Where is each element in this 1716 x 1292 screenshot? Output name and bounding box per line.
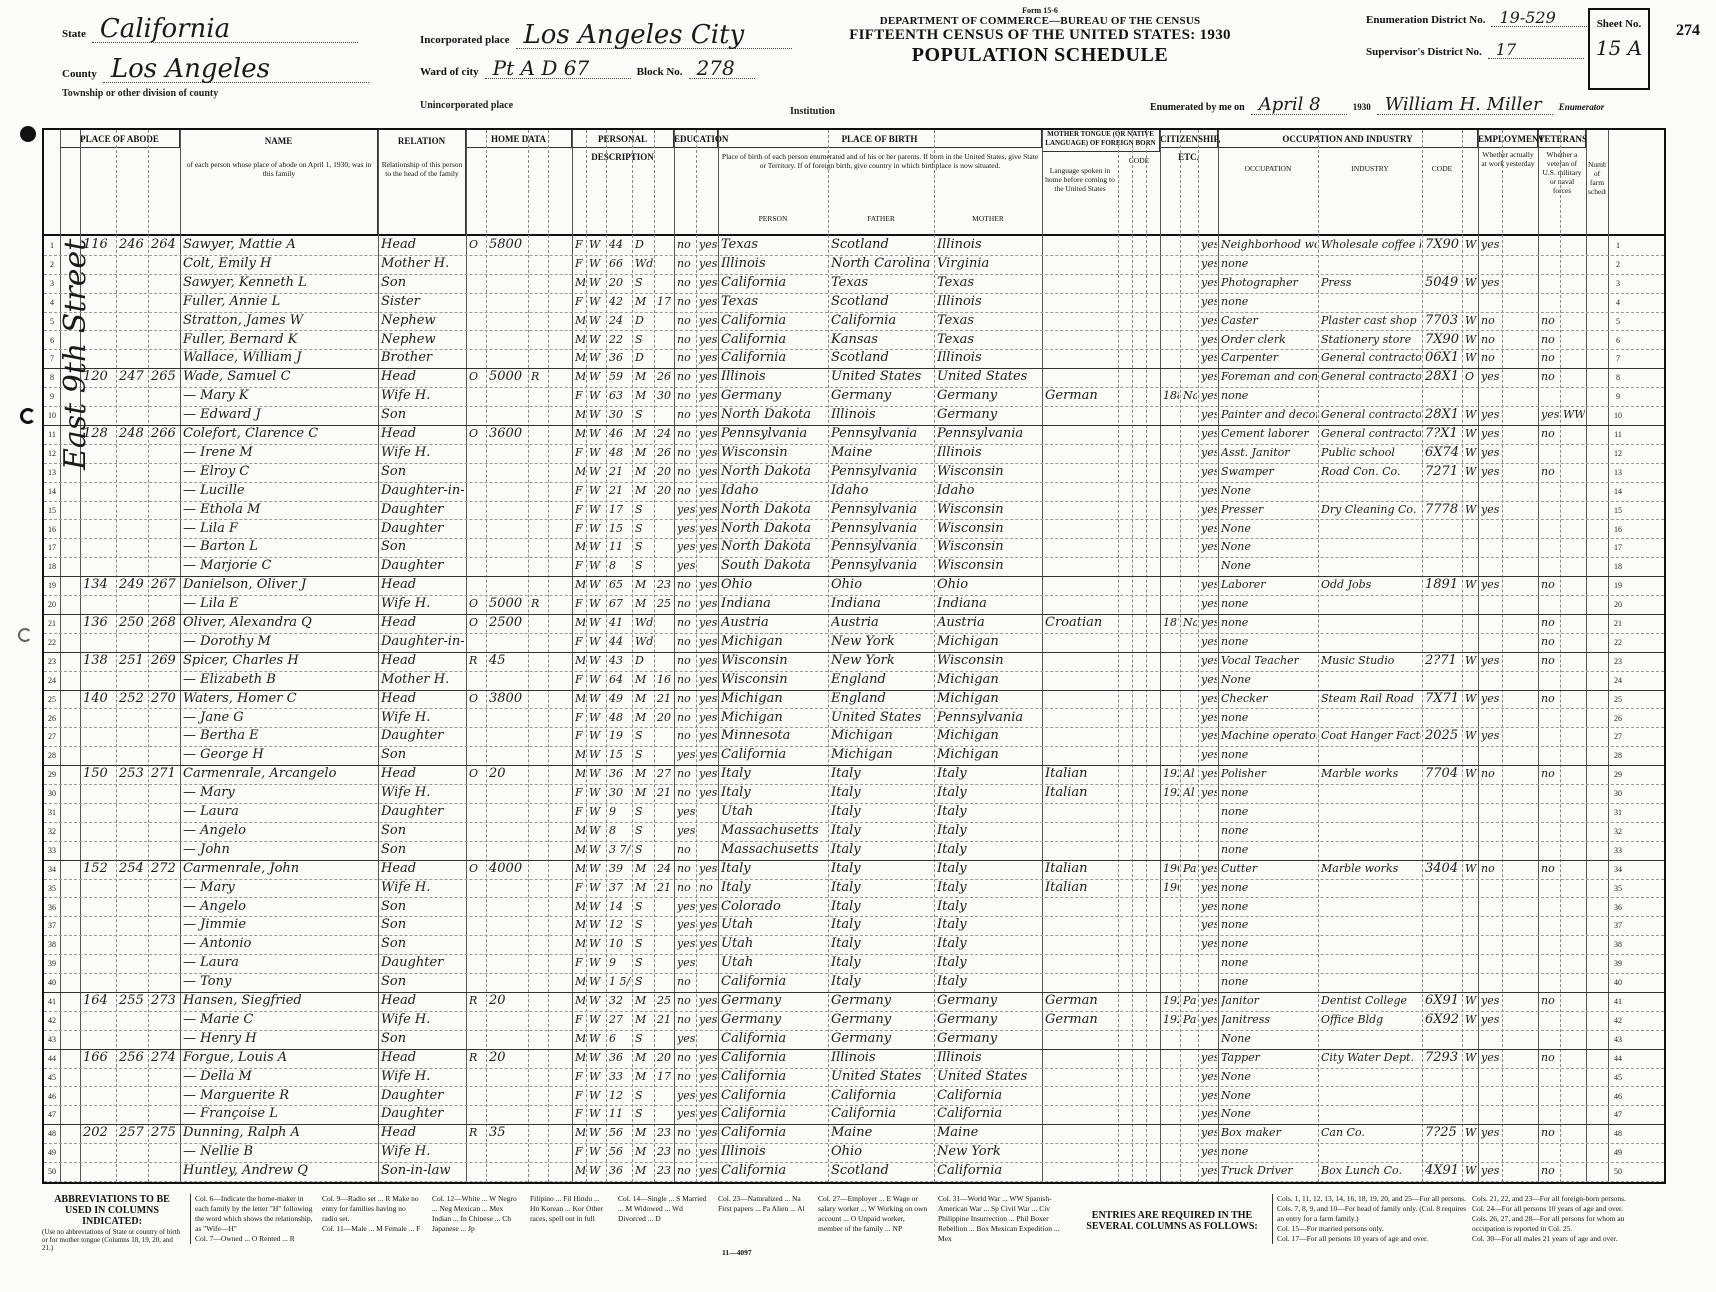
cell-relation: Son [381, 274, 465, 293]
cell-war [1563, 860, 1585, 879]
cell-school: no [677, 255, 695, 274]
table-row: 2727— Bertha EDaughterFW19SnoyesMinnesot… [44, 727, 1664, 747]
cell-father-birth: Italy [831, 954, 933, 973]
cell-family [151, 727, 179, 746]
cell-immig: 1923 [1163, 1011, 1179, 1030]
line-number: 24 [1608, 676, 1628, 685]
table-row: 33Sawyer, Kenneth LSonMW20SnoyesCaliforn… [44, 274, 1664, 294]
cell-first-marr [657, 822, 673, 841]
line-number: 23 [44, 657, 60, 666]
cell-nat [1183, 368, 1197, 387]
cell-vet [1541, 822, 1559, 841]
cell-relation: Head [381, 992, 465, 1011]
cell-name: Huntley, Andrew Q [183, 1162, 377, 1181]
cell-class: W [1465, 274, 1477, 293]
cell-marital: D [635, 652, 653, 671]
cell-first-marr: 30 [657, 387, 673, 406]
cell-first-marr: 26 [657, 368, 673, 387]
cell-occupation: none [1221, 841, 1317, 860]
cell-birth: Germany [721, 387, 827, 406]
cell-birth: South Dakota [721, 557, 827, 576]
cell-family [151, 1030, 179, 1049]
cell-father-birth: Italy [831, 935, 933, 954]
cell-english [1201, 822, 1217, 841]
line-number: 36 [44, 903, 60, 912]
cell-race: W [589, 803, 605, 822]
table-row: 4848202257275Dunning, Ralph AHeadR35MW56… [44, 1124, 1664, 1144]
cell-dwelling [119, 1105, 147, 1124]
line-number: 50 [44, 1167, 60, 1176]
cell-father-birth: Michigan [831, 746, 933, 765]
cell-relation: Son [381, 746, 465, 765]
cell-race: W [589, 406, 605, 425]
cell-class: W [1465, 236, 1477, 255]
cell-race: W [589, 784, 605, 803]
cell-class [1465, 916, 1477, 935]
cell-birth: Pennsylvania [721, 425, 827, 444]
cell-first-marr: 17 [657, 1068, 673, 1087]
cell-age: 36 [609, 765, 631, 784]
cell-mother-birth: New York [937, 1143, 1041, 1162]
cell-family: 272 [151, 860, 179, 879]
street-name-margin: East 9th Street [58, 239, 93, 470]
cell-value: 20 [489, 765, 527, 784]
cell-code: 5049 [1425, 274, 1461, 293]
cell-school: no [677, 652, 695, 671]
incorporated-place-label: Incorporated place [420, 34, 510, 46]
enumerator-name: William H. Miller [1377, 96, 1553, 115]
cell-occupation: none [1221, 746, 1317, 765]
cell-sex: F [575, 387, 585, 406]
cell-family: 275 [151, 1124, 179, 1143]
cell-value [489, 746, 527, 765]
cell-name: — Elizabeth B [183, 671, 377, 690]
cell-race: W [589, 822, 605, 841]
cell-immig [1163, 916, 1179, 935]
cell-owned [469, 1105, 485, 1124]
cell-birth: Ohio [721, 576, 827, 595]
cell-nat [1183, 520, 1197, 539]
cell-dwelling [119, 331, 147, 350]
cell-dwelling [119, 482, 147, 501]
cell-owned [469, 255, 485, 274]
cell-relation: Wife H. [381, 879, 465, 898]
cell-vet [1541, 1030, 1559, 1049]
cell-work [1481, 482, 1501, 501]
table-row: 4242— Marie CWife H.FW27M21noyesGermanyG… [44, 1011, 1664, 1031]
cell-relation: Daughter [381, 501, 465, 520]
cell-vet [1541, 538, 1559, 557]
cell-tongue: German [1045, 992, 1117, 1011]
cell-marital: S [635, 841, 653, 860]
cell-house [83, 1105, 115, 1124]
cell-radio: R [531, 595, 547, 614]
block-value: 278 [689, 58, 755, 79]
cell-sex: M [575, 1030, 585, 1049]
cell-marital: M [635, 387, 653, 406]
cell-nat [1183, 822, 1197, 841]
cell-occupation: none [1221, 916, 1317, 935]
cell-name: — Lucille [183, 482, 377, 501]
cell-school: no [677, 973, 695, 992]
cell-vet: no [1541, 312, 1559, 331]
cell-school: yes [677, 822, 695, 841]
cell-class [1465, 879, 1477, 898]
table-row: 2323138251269Spicer, Charles HHeadR45MW4… [44, 652, 1664, 672]
cell-sex: M [575, 822, 585, 841]
cell-nat [1183, 1049, 1197, 1068]
cell-read: yes [699, 916, 717, 935]
cell-father-birth: Italy [831, 879, 933, 898]
cell-house [83, 1030, 115, 1049]
cell-age: 41 [609, 614, 631, 633]
cell-class [1465, 1087, 1477, 1106]
cell-vet [1541, 501, 1559, 520]
cell-house: 150 [83, 765, 115, 784]
cell-read: yes [699, 992, 717, 1011]
cell-marital: S [635, 935, 653, 954]
cell-relation: Daughter [381, 1105, 465, 1124]
entries-5: Cols. 21, 22, and 23—For all foreign-bor… [1472, 1194, 1652, 1204]
cell-radio [531, 387, 547, 406]
cell-occupation: Carpenter [1221, 349, 1317, 368]
cell-war [1563, 671, 1585, 690]
cell-mother-birth: Germany [937, 406, 1041, 425]
cell-mother-birth: Pennsylvania [937, 425, 1041, 444]
print-code: 11—4097 [722, 1248, 752, 1258]
cell-class: W [1465, 349, 1477, 368]
cell-mother-birth: Germany [937, 992, 1041, 1011]
cell-school: no [677, 1162, 695, 1181]
cell-industry: Office Bldg [1321, 1011, 1421, 1030]
cell-age: 44 [609, 633, 631, 652]
cell-sex: F [575, 633, 585, 652]
table-row: 4343— Henry HSonMW6SyesCaliforniaGermany… [44, 1030, 1664, 1050]
cell-read: yes [699, 349, 717, 368]
line-number: 20 [1608, 600, 1628, 609]
line-number: 18 [44, 562, 60, 571]
cell-owned [469, 671, 485, 690]
line-number: 37 [1608, 921, 1628, 930]
cell-value [489, 973, 527, 992]
table-row: 3434152254272Carmenrale, JohnHeadO4000MW… [44, 860, 1664, 880]
cell-owned [469, 1030, 485, 1049]
table-row: 3131— LauraDaughterFW9SyesUtahItalyItaly… [44, 803, 1664, 823]
cell-radio [531, 406, 547, 425]
cell-read: yes [699, 1087, 717, 1106]
cell-occupation: Cement laborer [1221, 425, 1317, 444]
cell-birth: North Dakota [721, 463, 827, 482]
cell-house: 152 [83, 860, 115, 879]
cell-house [83, 1068, 115, 1087]
cell-value [489, 463, 527, 482]
cell-industry [1321, 595, 1421, 614]
cell-english: yes [1201, 331, 1217, 350]
cell-nat [1183, 576, 1197, 595]
line-number: 3 [1608, 279, 1628, 288]
cell-birth: California [721, 349, 827, 368]
cell-tongue [1045, 898, 1117, 917]
cell-marital: M [635, 425, 653, 444]
cell-nat [1183, 1030, 1197, 1049]
cell-sex: F [575, 1143, 585, 1162]
cell-family: 264 [151, 236, 179, 255]
table-row: 3737— JimmieSonMW12SyesyesUtahItalyItaly… [44, 916, 1664, 936]
line-number: 27 [1608, 732, 1628, 741]
cell-vet [1541, 293, 1559, 312]
cell-name: Colefort, Clarence C [183, 425, 377, 444]
cell-race: W [589, 690, 605, 709]
cell-war [1563, 1030, 1585, 1049]
cell-birth: Massachusetts [721, 841, 827, 860]
cell-school: no [677, 860, 695, 879]
cell-tongue [1045, 255, 1117, 274]
cell-value [489, 954, 527, 973]
cell-race: W [589, 520, 605, 539]
cell-occupation: Tapper [1221, 1049, 1317, 1068]
cell-race: W [589, 236, 605, 255]
cell-owned [469, 331, 485, 350]
cell-class [1465, 973, 1477, 992]
cell-owned [469, 501, 485, 520]
cell-industry [1321, 671, 1421, 690]
cell-father-birth: Austria [831, 614, 933, 633]
cell-value: 35 [489, 1124, 527, 1143]
cell-race: W [589, 954, 605, 973]
cell-school: no [677, 595, 695, 614]
cell-read: yes [699, 576, 717, 595]
cell-age: 21 [609, 482, 631, 501]
cell-vet [1541, 746, 1559, 765]
cell-marital: S [635, 916, 653, 935]
cell-father-birth: Italy [831, 765, 933, 784]
cell-sex: M [575, 425, 585, 444]
cell-school: yes [677, 538, 695, 557]
cell-immig: 1882 [1163, 387, 1179, 406]
cell-name: Hansen, Siegfried [183, 992, 377, 1011]
cell-owned [469, 898, 485, 917]
cell-class [1465, 557, 1477, 576]
form-footer: ABBREVIATIONS TO BE USED IN COLUMNS INDI… [42, 1188, 1662, 1268]
cell-relation: Daughter [381, 803, 465, 822]
line-number: 40 [44, 978, 60, 987]
cell-father-birth: Indiana [831, 595, 933, 614]
cell-work [1481, 784, 1501, 803]
cell-race: W [589, 841, 605, 860]
cell-war [1563, 1049, 1585, 1068]
cell-family [151, 312, 179, 331]
table-row: 4545— Della MWife H.FW33M17noyesCaliforn… [44, 1068, 1664, 1088]
cell-relation: Head [381, 576, 465, 595]
line-number: 22 [1608, 638, 1628, 647]
cell-owned [469, 954, 485, 973]
cell-tongue [1045, 822, 1117, 841]
cell-code [1425, 482, 1461, 501]
abbr-col7-text: Col. 7—Owned ... O Rented ... R [195, 1234, 315, 1244]
line-number: 33 [1608, 846, 1628, 855]
cell-race: W [589, 312, 605, 331]
cell-war [1563, 973, 1585, 992]
cell-value [489, 803, 527, 822]
cell-mother-birth: Michigan [937, 746, 1041, 765]
table-row: 88120247265Wade, Samuel CHeadO5000RMW59M… [44, 368, 1664, 388]
cell-mother-birth: Italy [937, 916, 1041, 935]
cell-war [1563, 349, 1585, 368]
cell-value: 20 [489, 992, 527, 1011]
cell-marital: M [635, 444, 653, 463]
cell-school: yes [677, 557, 695, 576]
cell-code [1425, 255, 1461, 274]
enumerated-label: Enumerated by me on [1150, 102, 1245, 113]
cell-code: 6X91 [1425, 992, 1461, 1011]
cell-nat [1183, 1105, 1197, 1124]
line-number: 31 [1608, 808, 1628, 817]
cell-race: W [589, 1105, 605, 1124]
cell-radio [531, 1011, 547, 1030]
cell-radio [531, 1124, 547, 1143]
cell-mother-birth: California [937, 1105, 1041, 1124]
cell-school: no [677, 406, 695, 425]
cell-sex: F [575, 1105, 585, 1124]
line-number: 42 [1608, 1016, 1628, 1025]
cell-nat [1183, 595, 1197, 614]
cell-tongue: Italian [1045, 860, 1117, 879]
column-header: PERSON [720, 214, 826, 223]
cell-mother-birth: Ohio [937, 576, 1041, 595]
cell-war [1563, 1124, 1585, 1143]
cell-sex: F [575, 1087, 585, 1106]
cell-war [1563, 1011, 1585, 1030]
cell-mother-birth: United States [937, 1068, 1041, 1087]
cell-nat: Al [1183, 765, 1197, 784]
cell-radio [531, 1143, 547, 1162]
cell-age: 65 [609, 576, 631, 595]
cell-house [83, 784, 115, 803]
cell-first-marr: 20 [657, 709, 673, 728]
line-number: 23 [1608, 657, 1628, 666]
cell-sex: M [575, 349, 585, 368]
cell-school: no [677, 671, 695, 690]
census-page: State California County Los Angeles Town… [0, 0, 1716, 1292]
cell-marital: M [635, 293, 653, 312]
column-header: Whether a veteran of U.S. military or na… [1540, 150, 1584, 195]
cell-immig [1163, 973, 1179, 992]
cell-birth: North Dakota [721, 501, 827, 520]
cell-english [1201, 803, 1217, 822]
cell-code [1425, 520, 1461, 539]
cell-school: no [677, 312, 695, 331]
column-header: of each person whose place of abode on A… [182, 160, 376, 178]
line-number: 48 [1608, 1129, 1628, 1138]
cell-immig [1163, 633, 1179, 652]
cell-english: yes [1201, 595, 1217, 614]
cell-class: W [1465, 1124, 1477, 1143]
cell-class: W [1465, 860, 1477, 879]
cell-sex: M [575, 765, 585, 784]
cell-first-marr: 21 [657, 879, 673, 898]
cell-immig [1163, 595, 1179, 614]
line-number: 29 [44, 770, 60, 779]
cell-dwelling [119, 444, 147, 463]
cell-class [1465, 387, 1477, 406]
line-number: 14 [44, 487, 60, 496]
cell-father-birth: England [831, 690, 933, 709]
cell-industry [1321, 1143, 1421, 1162]
cell-owned [469, 463, 485, 482]
cell-family: 273 [151, 992, 179, 1011]
cell-code: 7271 [1425, 463, 1461, 482]
cell-house: 140 [83, 690, 115, 709]
abbr-col14: Col. 14—Single ... S Married ... M Widow… [618, 1194, 708, 1224]
cell-name: — Françoise L [183, 1105, 377, 1124]
cell-mother-birth: Wisconsin [937, 557, 1041, 576]
cell-birth: Austria [721, 614, 827, 633]
cell-nat [1183, 557, 1197, 576]
cell-code [1425, 822, 1461, 841]
cell-name: Wallace, William J [183, 349, 377, 368]
column-group-header: RELATION [378, 130, 466, 234]
cell-owned [469, 973, 485, 992]
cell-class [1465, 1068, 1477, 1087]
cell-owned [469, 803, 485, 822]
cell-school: no [677, 690, 695, 709]
cell-mother-birth: Illinois [937, 349, 1041, 368]
cell-tongue [1045, 406, 1117, 425]
cell-race: W [589, 444, 605, 463]
cell-value: 45 [489, 652, 527, 671]
cell-radio [531, 671, 547, 690]
cell-father-birth: Texas [831, 274, 933, 293]
cell-radio [531, 973, 547, 992]
line-number: 12 [1608, 449, 1628, 458]
cell-radio [531, 501, 547, 520]
cell-age: 49 [609, 690, 631, 709]
line-number: 18 [1608, 562, 1628, 571]
cell-dwelling: 253 [119, 765, 147, 784]
cell-name: — Mary K [183, 387, 377, 406]
cell-vet [1541, 935, 1559, 954]
cell-family [151, 746, 179, 765]
cell-code: 7778 [1425, 501, 1461, 520]
cell-race: W [589, 274, 605, 293]
line-number: 28 [1608, 751, 1628, 760]
cell-occupation: None [1221, 671, 1317, 690]
cell-age: 1 5/12 [609, 973, 631, 992]
cell-age: 27 [609, 1011, 631, 1030]
cell-mother-birth: Italy [937, 954, 1041, 973]
cell-occupation: none [1221, 595, 1317, 614]
column-group-header: EMPLOYMENT [1478, 130, 1538, 148]
cell-marital: S [635, 822, 653, 841]
cell-mother-birth: Wisconsin [937, 463, 1041, 482]
cell-code: 7?25 [1425, 1124, 1461, 1143]
cell-owned [469, 822, 485, 841]
cell-name: — Mary [183, 784, 377, 803]
cell-industry: Coat Hanger Factory [1321, 727, 1421, 746]
cell-school: yes [677, 803, 695, 822]
cell-marital: M [635, 1068, 653, 1087]
sheet-label: Sheet No. [1590, 18, 1648, 30]
cell-war [1563, 727, 1585, 746]
cell-school: no [677, 633, 695, 652]
cell-sex: F [575, 557, 585, 576]
cell-war [1563, 935, 1585, 954]
cell-read [699, 557, 717, 576]
cell-english: yes [1201, 746, 1217, 765]
cell-name: — Jimmie [183, 916, 377, 935]
cell-first-marr [657, 349, 673, 368]
cell-sex: M [575, 1162, 585, 1181]
